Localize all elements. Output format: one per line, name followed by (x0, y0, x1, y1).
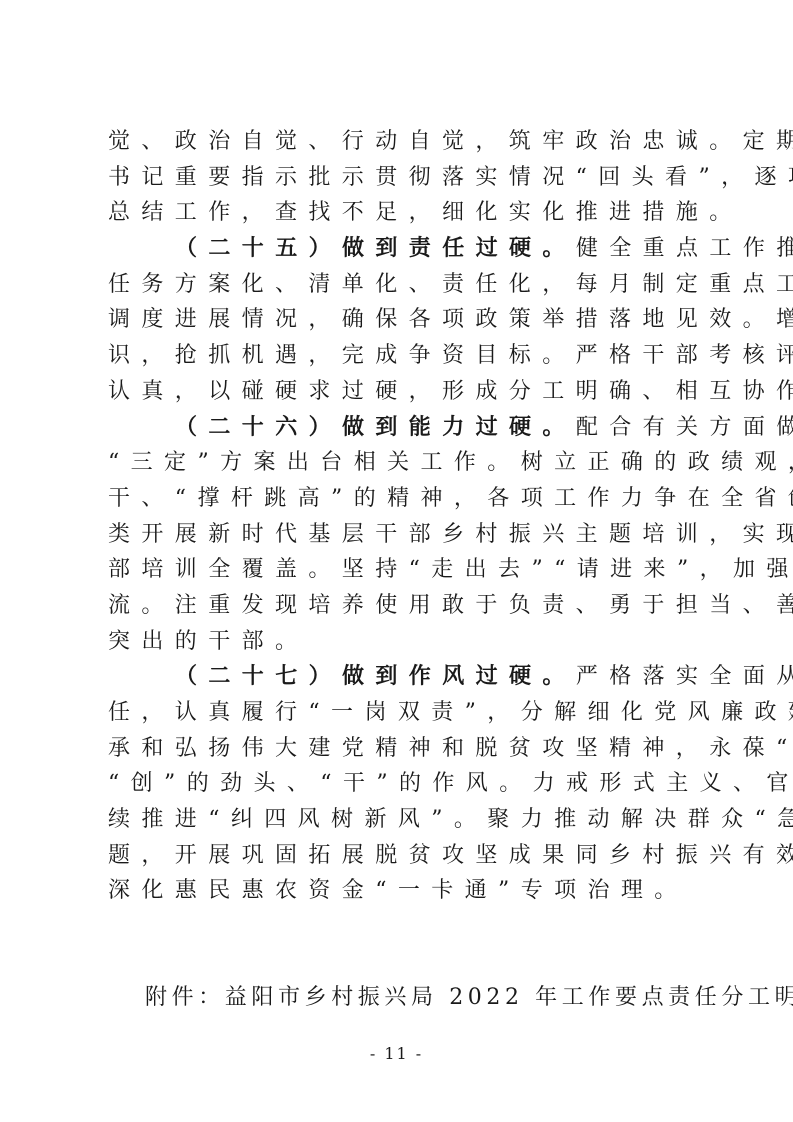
section-25-heading-line: （二十五）做到责任过硬。健全重点工作推进机制，推行 (108, 231, 698, 267)
body-text: 健全重点工作推进机制，推行 (576, 236, 793, 261)
document-body: 觉、政治自觉、行动自觉，筑牢政治忠诚。定期开展习近平总 书记重要指示批示贯彻落实… (108, 124, 698, 909)
section-25-title: （二十五）做到责任过硬。 (175, 235, 576, 261)
body-line: 续推进“纠四风树新风”。聚力推动解决群众“急难愁盼”问 (108, 802, 698, 838)
body-line: 部培训全覆盖。坚持“走出去”“请进来”，加强考察学习交 (108, 552, 698, 588)
body-text: 配合有关方面做好乡村振兴局 (576, 415, 793, 440)
section-26-heading-line: （二十六）做到能力过硬。配合有关方面做好乡村振兴局 (108, 410, 698, 446)
body-line: 调度进展情况，确保各项政策举措落地见效。增强立项争资意 (108, 302, 698, 338)
body-line: 书记重要指示批示贯彻落实情况“回头看”，逐项对标对表， (108, 160, 698, 196)
body-line: 觉、政治自觉、行动自觉，筑牢政治忠诚。定期开展习近平总 (108, 124, 698, 160)
body-line: 突出的干部。 (108, 624, 698, 660)
body-line: 类开展新时代基层干部乡村振兴主题培训，实现对乡村振兴干 (108, 517, 698, 553)
body-line: 识，抢抓机遇，完成争资目标。严格干部考核评价，以较真促 (108, 338, 698, 374)
section-27-heading-line: （二十七）做到作风过硬。严格落实全面从严治党主体责 (108, 659, 698, 695)
body-line: 干、“撑杆跳高”的精神，各项工作力争在全省创先争优。分 (108, 481, 698, 517)
body-line: 任，认真履行“一岗双责”，分解细化党风廉政建设责任。传 (108, 695, 698, 731)
body-line: “创”的劲头、“干”的作风。力戒形式主义、官僚主义，持 (108, 766, 698, 802)
body-line: 承和弘扬伟大建党精神和脱贫攻坚精神，永葆“闯”的精神、 (108, 731, 698, 767)
body-line: “三定”方案出台相关工作。树立正确的政绩观，发扬真抓实 (108, 445, 698, 481)
body-text: 严格落实全面从严治党主体责 (576, 664, 793, 689)
body-line: 任务方案化、清单化、责任化，每月制定重点工作清单，月底 (108, 267, 698, 303)
body-line: 总结工作，查找不足，细化实化推进措施。 (108, 195, 698, 231)
section-27-title: （二十七）做到作风过硬。 (175, 663, 576, 689)
attachment-note: 附件：益阳市乡村振兴局 2022 年工作要点责任分工明细 (145, 980, 793, 1011)
body-line: 流。注重发现培养使用敢于负责、勇于担当、善于作为、实绩 (108, 588, 698, 624)
body-line: 深化惠民惠农资金“一卡通”专项治理。 (108, 873, 698, 909)
section-26-title: （二十六）做到能力过硬。 (175, 414, 576, 440)
page-number: - 11 - (0, 1044, 793, 1063)
body-line: 认真，以碰硬求过硬，形成分工明确、相互协作的工作局面。 (108, 374, 698, 410)
body-line: 题，开展巩固拓展脱贫攻坚成果同乡村振兴有效衔接专项监督。 (108, 838, 698, 874)
